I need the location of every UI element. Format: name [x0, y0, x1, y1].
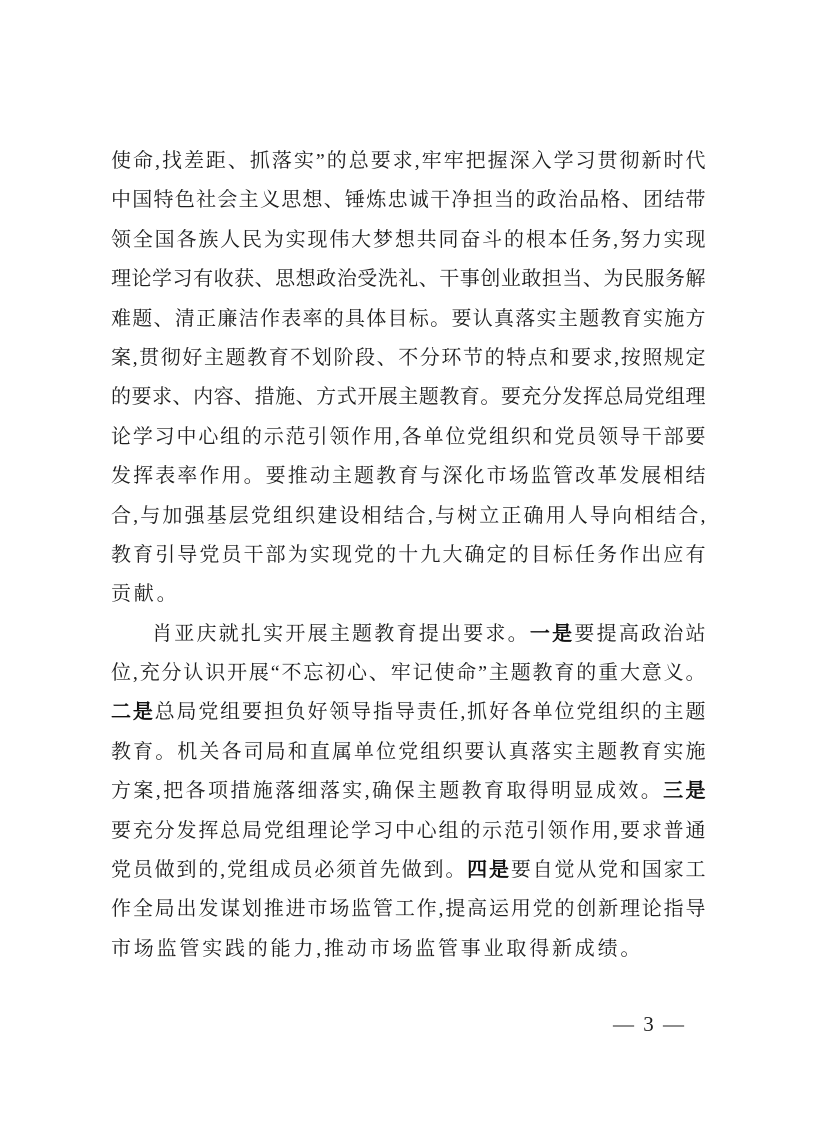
document-line: 理论学习有收获、思想政治受洗礼、干事创业敢担当、为民服务解	[111, 260, 706, 299]
body-text: 肖亚庆就扎实开展主题教育提出要求。	[152, 623, 530, 645]
body-text: 的要求、内容、措施、方式开展主题教育。要充分发挥总局党组理	[111, 386, 706, 408]
body-text: 理论学习有收获、思想政治受洗礼、干事创业敢担当、为民服务解	[111, 268, 706, 290]
document-line: 党员做到的,党组成员必须首先做到。四是要自觉从党和国家工	[111, 851, 706, 890]
emphasis-text: 三是	[663, 780, 706, 802]
document-line: 二是总局党组要担负好领导指导责任,抓好各单位党组织的主题	[111, 693, 706, 732]
body-text: 合,与加强基层党组织建设相结合,与树立正确用人导向相结合,	[111, 505, 706, 527]
document-line: 的要求、内容、措施、方式开展主题教育。要充分发挥总局党组理	[111, 378, 706, 417]
document-line: 方案,把各项措施落细落实,确保主题教育取得明显成效。三是	[111, 772, 706, 811]
document-line: 中国特色社会主义思想、锤炼忠诚干净担当的政治品格、团结带	[111, 181, 706, 220]
body-text: 案,贯彻好主题教育不划阶段、不分环节的特点和要求,按照规定	[111, 347, 706, 369]
emphasis-text: 二是	[111, 701, 155, 723]
body-text: 要自觉从党和国家工	[511, 859, 706, 881]
document-line: 市场监管实践的能力,推动市场监管事业取得新成绩。	[111, 930, 706, 969]
document-page: 使命,找差距、抓落实”的总要求,牢牢把握深入学习贯彻新时代中国特色社会主义思想、…	[0, 0, 816, 1145]
document-line: 难题、清正廉洁作表率的具体目标。要认真落实主题教育实施方	[111, 300, 706, 339]
document-line: 教育引导党员干部为实现党的十九大确定的目标任务作出应有	[111, 536, 706, 575]
document-line: 合,与加强基层党组织建设相结合,与树立正确用人导向相结合,	[111, 497, 706, 536]
body-text: 总局党组要担负好领导指导责任,抓好各单位党组织的主题	[155, 701, 706, 723]
body-text: 发挥表率作用。要推动主题教育与深化市场监管改革发展相结	[111, 465, 706, 487]
body-text: 要充分发挥总局党组理论学习中心组的示范引领作用,要求普通	[111, 820, 706, 842]
body-text: 论学习中心组的示范引领作用,各单位党组织和党员领导干部要	[111, 426, 706, 448]
body-text: 方案,把各项措施落细落实,确保主题教育取得明显成效。	[111, 780, 663, 802]
body-text: 中国特色社会主义思想、锤炼忠诚干净担当的政治品格、团结带	[111, 189, 706, 211]
document-line: 论学习中心组的示范引领作用,各单位党组织和党员领导干部要	[111, 418, 706, 457]
emphasis-text: 四是	[467, 859, 511, 881]
document-line: 领全国各族人民为实现伟大梦想共同奋斗的根本任务,努力实现	[111, 221, 706, 260]
body-text: 市场监管实践的能力,推动市场监管事业取得新成绩。	[111, 938, 643, 960]
document-line: 位,充分认识开展“不忘初心、牢记使命”主题教育的重大意义。	[111, 654, 706, 693]
body-text: 作全局出发谋划推进市场监管工作,提高运用党的创新理论指导	[111, 898, 706, 920]
document-line: 贡献。	[111, 575, 706, 614]
document-line: 要充分发挥总局党组理论学习中心组的示范引领作用,要求普通	[111, 812, 706, 851]
body-text: 教育。机关各司局和直属单位党组织要认真落实主题教育实施	[111, 741, 706, 763]
document-line: 案,贯彻好主题教育不划阶段、不分环节的特点和要求,按照规定	[111, 339, 706, 378]
document-line: 作全局出发谋划推进市场监管工作,提高运用党的创新理论指导	[111, 890, 706, 929]
document-line: 使命,找差距、抓落实”的总要求,牢牢把握深入学习贯彻新时代	[111, 142, 706, 181]
document-body: 使命,找差距、抓落实”的总要求,牢牢把握深入学习贯彻新时代中国特色社会主义思想、…	[111, 142, 706, 969]
document-line: 肖亚庆就扎实开展主题教育提出要求。一是要提高政治站	[111, 615, 706, 654]
body-text: 位,充分认识开展“不忘初心、牢记使命”主题教育的重大意义。	[111, 662, 706, 684]
body-text: 领全国各族人民为实现伟大梦想共同奋斗的根本任务,努力实现	[111, 229, 706, 251]
emphasis-text: 一是	[530, 623, 574, 645]
body-text: 贡献。	[111, 583, 179, 605]
body-text: 使命,找差距、抓落实”的总要求,牢牢把握深入学习贯彻新时代	[111, 150, 706, 172]
body-text: 党员做到的,党组成员必须首先做到。	[111, 859, 467, 881]
page-number: — 3 —	[613, 1012, 686, 1036]
body-text: 要提高政治站	[574, 623, 706, 645]
document-line: 发挥表率作用。要推动主题教育与深化市场监管改革发展相结	[111, 457, 706, 496]
body-text: 教育引导党员干部为实现党的十九大确定的目标任务作出应有	[111, 544, 706, 566]
document-line: 教育。机关各司局和直属单位党组织要认真落实主题教育实施	[111, 733, 706, 772]
body-text: 难题、清正廉洁作表率的具体目标。要认真落实主题教育实施方	[111, 308, 706, 330]
page-footer: — 3 —	[613, 1012, 686, 1037]
